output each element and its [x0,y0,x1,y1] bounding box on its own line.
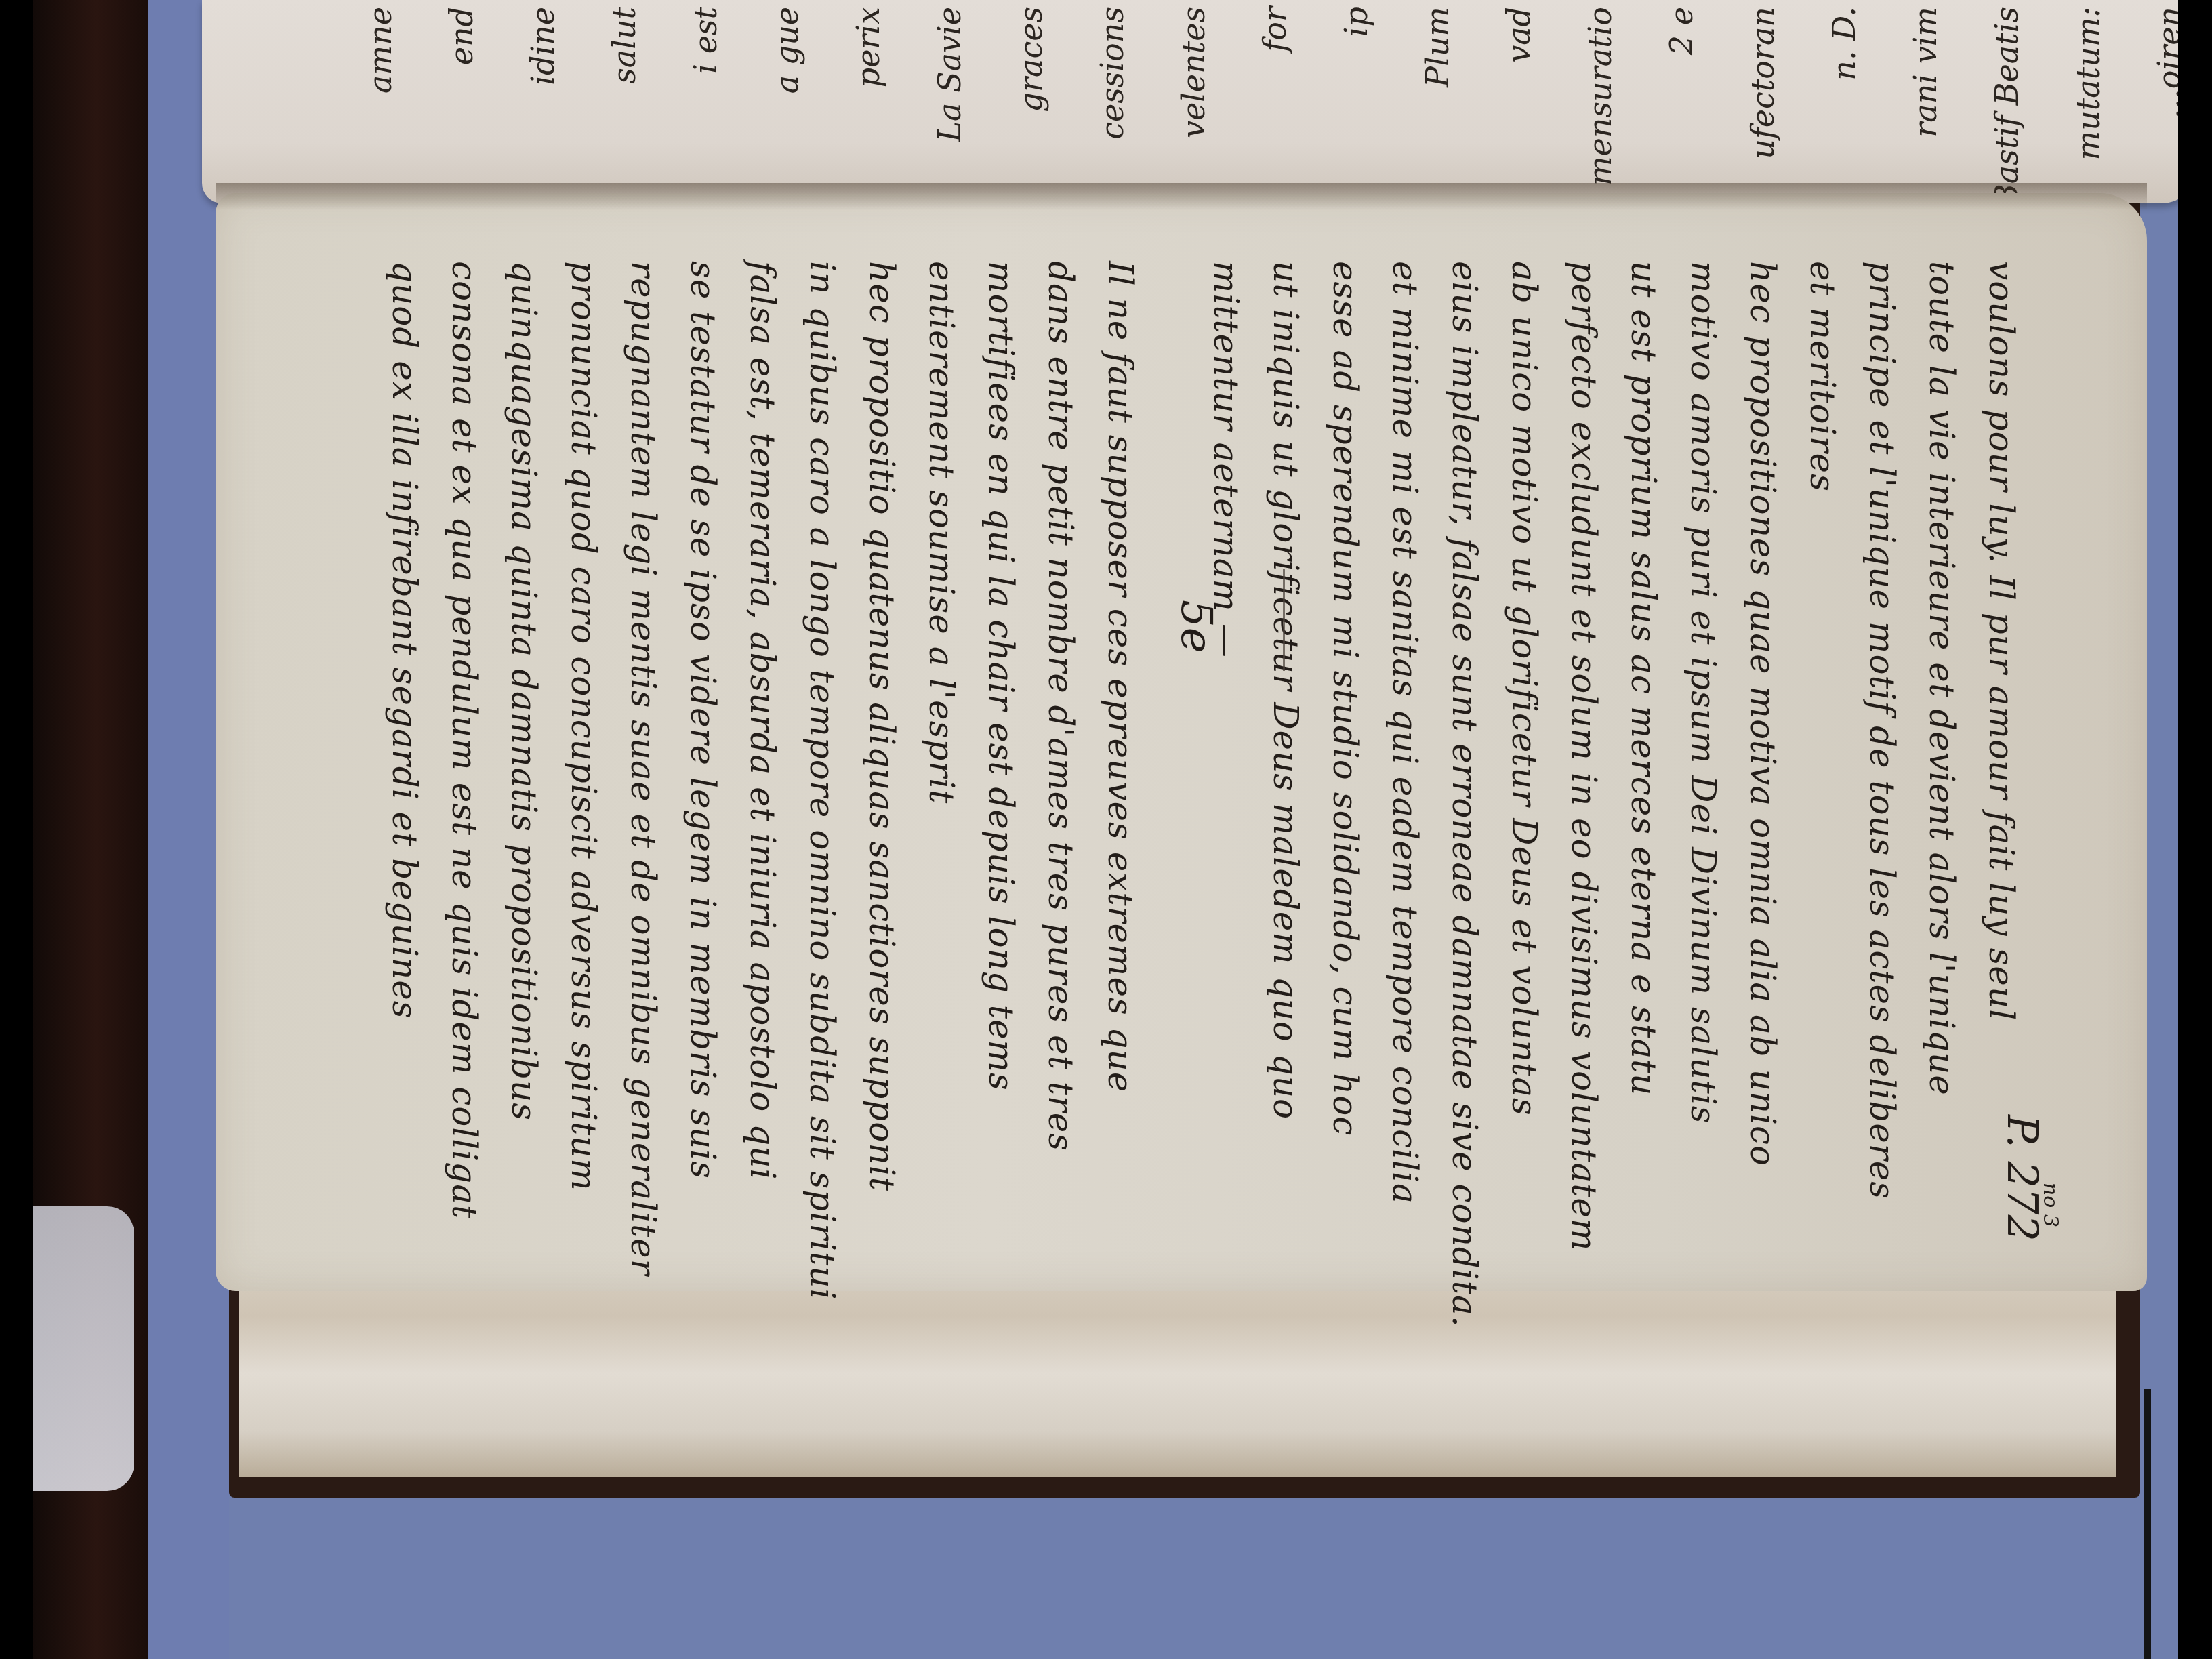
handwritten-line: motivo amoris puri et ipsum Dei Divinum … [1686,261,1720,1124]
folio-superscript: no 3 [2039,1183,2062,1227]
photo-frame: ...oirenmutatum:Bastif Beatisrani vimn. … [33,0,2178,1659]
facing-page-line: salut [609,7,640,84]
handwritten-line: Il ne faut supposer ces epreuves extreme… [1103,261,1137,1092]
facing-page-line: i est [690,7,721,74]
handwritten-line: ut est proprium salus ac merces eterna e… [1626,261,1660,1096]
facing-page-line: mutatum: [2072,7,2104,160]
closing-dash [1283,569,1285,671]
handwritten-line: ab unico motivo ut glorificetur Deus et … [1507,261,1541,1116]
facing-page-line: ...oiren [2154,7,2178,119]
facing-page-line: vad [1503,7,1534,63]
handwritten-line: esse ad sperendum mi studio solidando, c… [1328,261,1362,1136]
facing-page: ...oirenmutatum:Bastif Beatisrani vimn. … [202,0,2178,203]
handwritten-line: voulons pour luy. Il pur amour fait luy … [1984,261,2018,1021]
facing-page-line: a gue [771,7,802,94]
handwritten-line: ut iniquis ut glorificetur Deus maledem … [1269,261,1303,1120]
facing-page-line: amne [365,7,396,94]
handwritten-line: mittentur aeternam — [1209,261,1243,658]
facing-page-line: La Savie [934,7,965,142]
cloth-object [33,1206,134,1491]
facing-page-line: graces [1015,7,1046,112]
handwritten-line: se testatur de se ipso videre legem in m… [686,261,720,1179]
facing-page-line: perix [853,7,884,87]
handwritten-line: repugnantem legi mentis suae et de omnib… [626,261,660,1276]
facing-page-line: n. D. [1828,7,1860,81]
handwritten-line: in quibus caro a longo tempore omnino su… [805,261,839,1300]
handwritten-line: quod ex illa infirebant segardi et begui… [388,261,422,1019]
handwritten-line: toute la vie interieure et devient alors… [1925,261,1959,1096]
facing-page-line: Bastif Beatis [1991,7,2022,207]
facing-page-line: cessions [1097,7,1128,140]
handwritten-line: et minime mi est sanitas qui eadem tempo… [1388,261,1422,1204]
handwritten-line: entierement soumise a l'esprit [924,261,958,804]
handwritten-line: hec propositiones quae motiva omnia alia… [1746,261,1780,1166]
facing-page-line: ip [1340,7,1372,37]
handwritten-line: hec propositio quatenus aliquas sanctior… [865,261,899,1191]
handwritten-line: consona et ex qua pendulum est ne quis i… [447,261,481,1219]
handwritten-line: principe et l'unique motif de tous les a… [1865,261,1899,1200]
handwritten-line: quinquagesima quinta damnatis propositio… [507,261,541,1121]
handwritten-line: et meritoires [1805,261,1839,492]
facing-page-line: idine [527,7,558,85]
facing-page-line: rani vim [1910,7,1941,138]
facing-page-line: 2 e [1666,7,1697,55]
handwritten-line: eius impleatur, falsae sunt erroneae dam… [1448,261,1481,1328]
facing-page-line: end [446,7,477,65]
handwritten-line: falsa est, temeraria, absurda et iniuria… [745,261,779,1181]
cable [2131,1389,2151,1659]
facing-page-line: mensuratio [1584,7,1616,186]
gutter-shadow [216,183,2147,210]
handwritten-line: pronunciat quod caro concupiscit adversu… [567,261,600,1191]
facing-page-line: ufectoran [1747,7,1778,159]
handwritten-line: dans entre petit nombre d'ames tres pure… [1044,261,1078,1151]
manuscript-page: P. 272 no 3 5e voulons pour luy. Il pur … [216,193,2147,1291]
handwritten-line: perfecto excludunt et solum in eo divisi… [1567,261,1601,1251]
facing-page-line: Plum [1422,7,1453,87]
facing-page-line: velentes [1178,7,1209,138]
handwritten-line: mortifiees en qui la chair est depuis lo… [984,261,1018,1091]
facing-page-line: for [1259,7,1290,52]
